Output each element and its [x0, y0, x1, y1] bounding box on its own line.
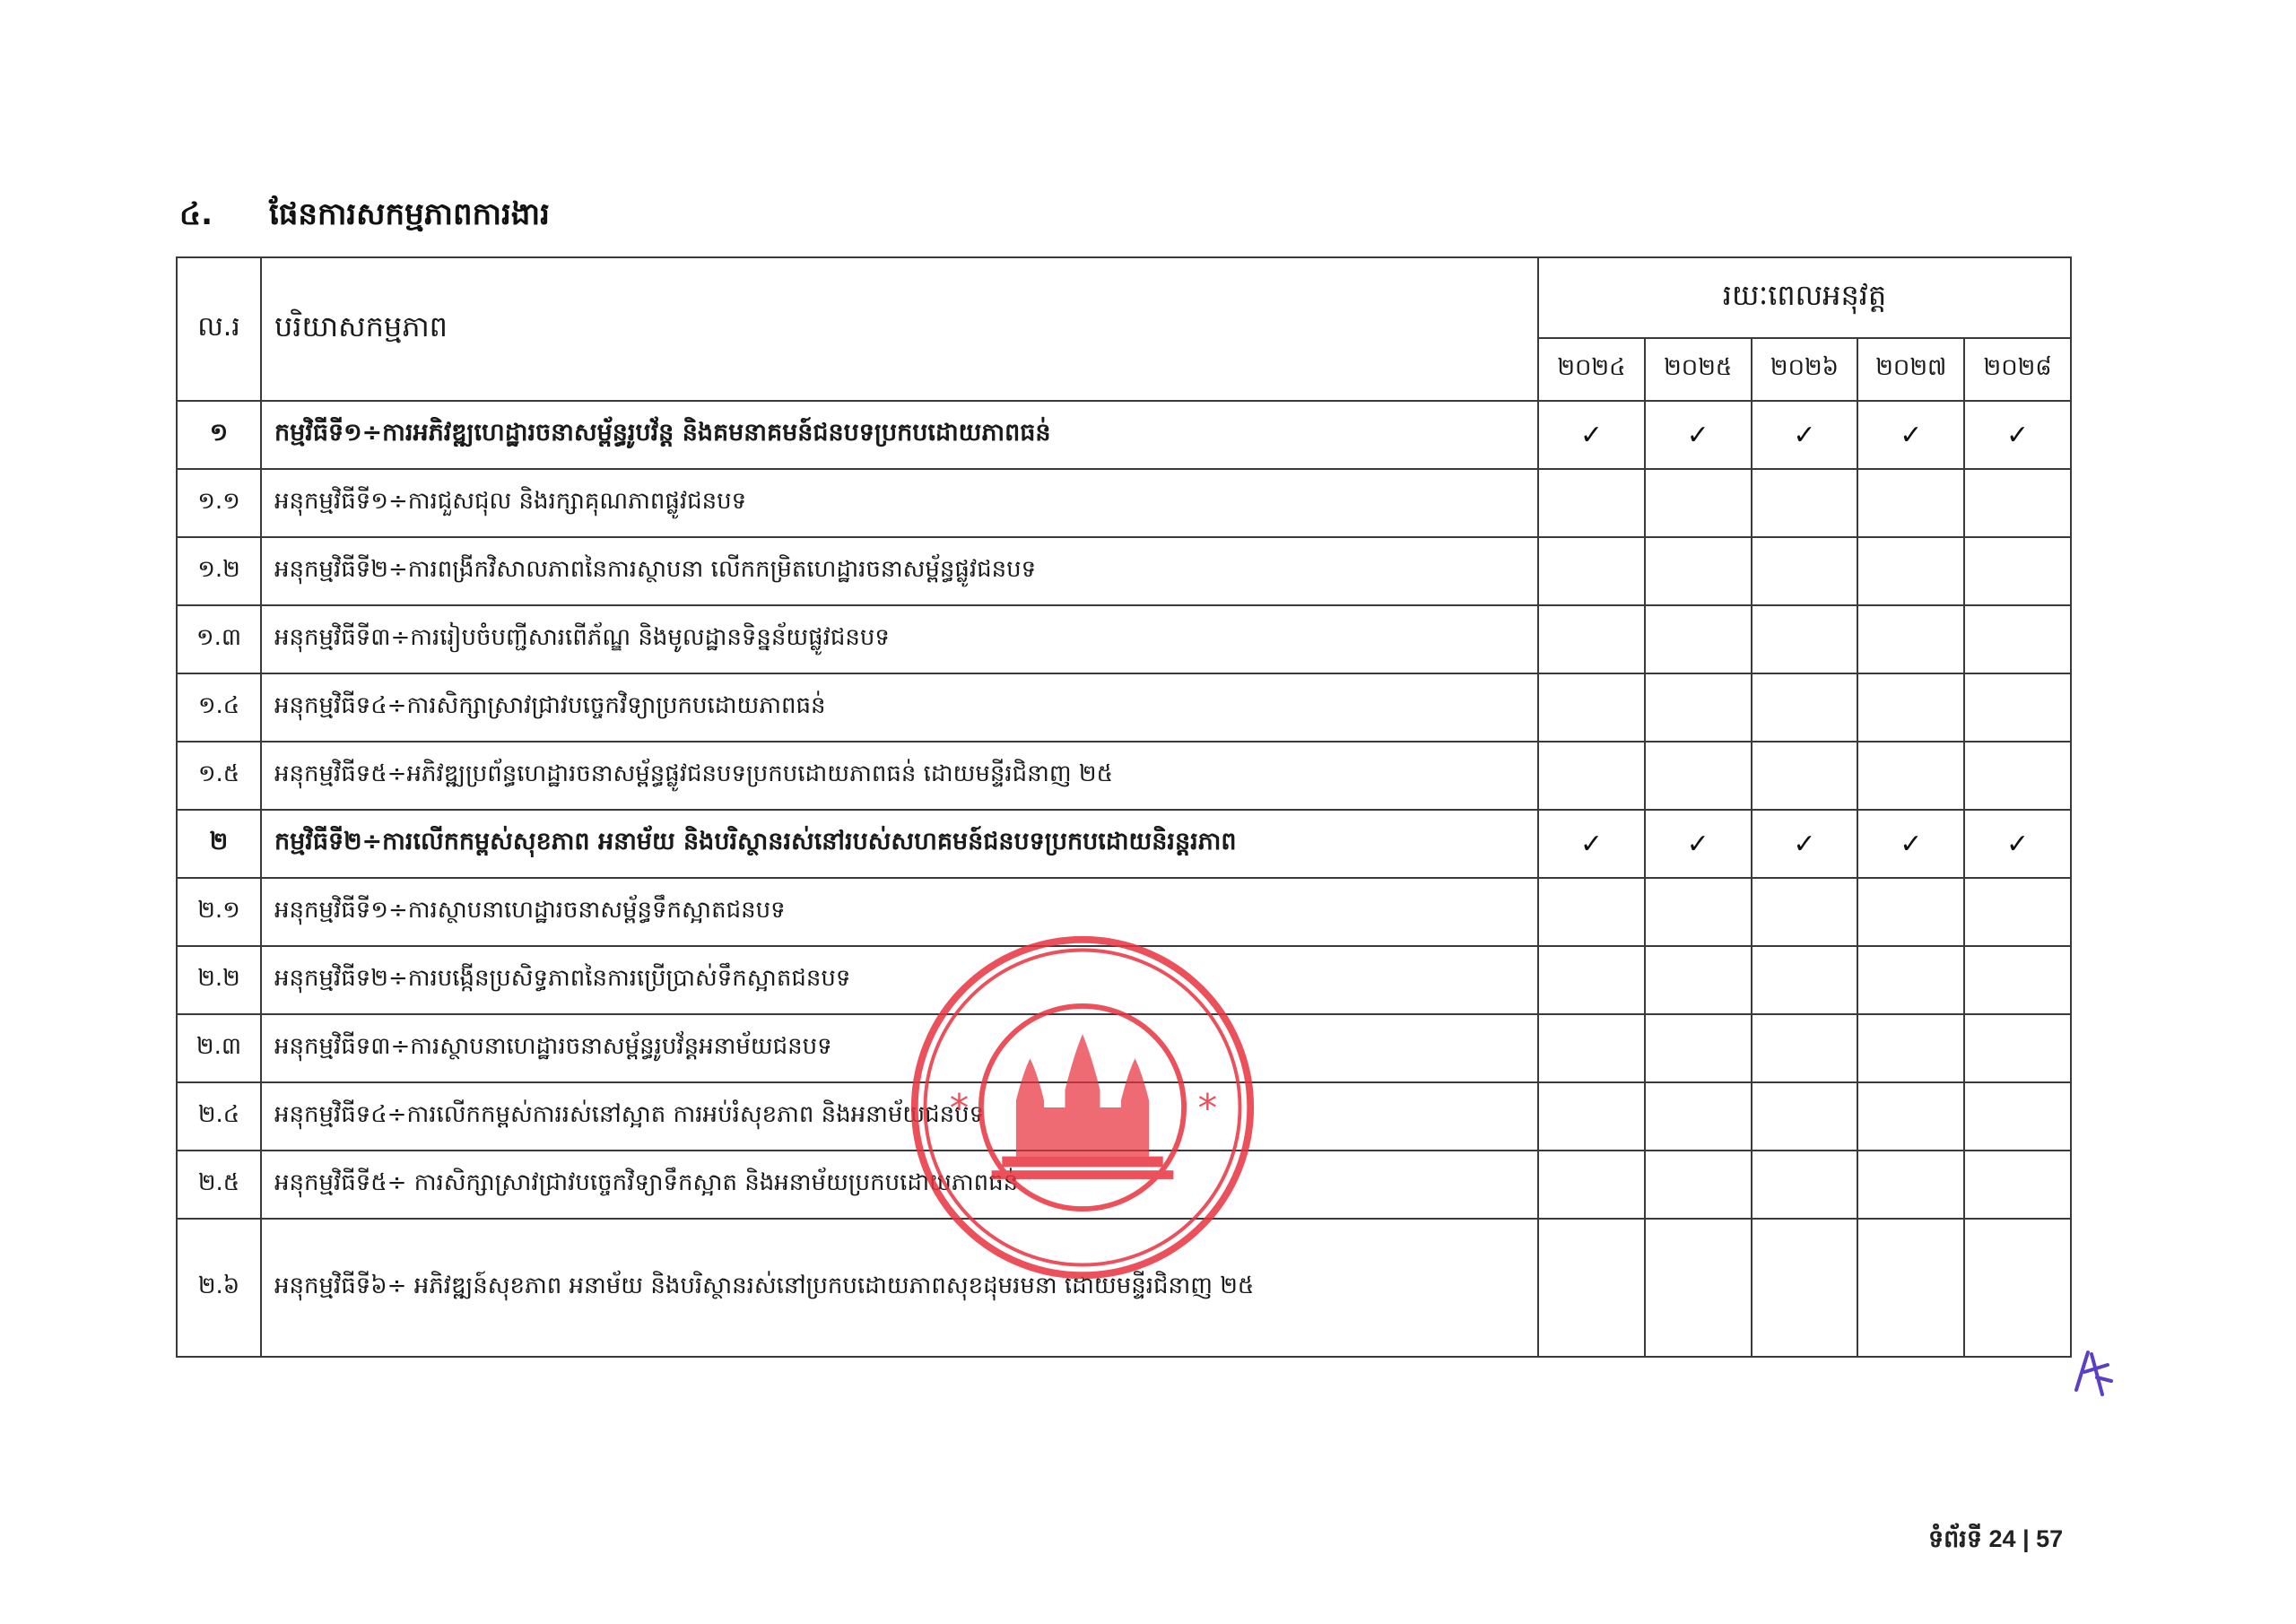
header-year: ២០២៧	[1857, 338, 1964, 401]
year-cell	[1752, 742, 1858, 810]
page-separator: |	[2022, 1525, 2030, 1552]
row-activity: កម្មវិធីទី១÷ការអភិវឌ្ឍហេដ្ឋារចនាសម្ព័ន្ធ…	[261, 401, 1538, 469]
subprogram-row: ១.៤អនុកម្មវិធីទ៤÷ការសិក្សាស្រាវជ្រាវបច្ច…	[177, 673, 2071, 742]
row-activity: អនុកម្មវិធីទី៣÷ការរៀបចំបញ្ជីសារពើភ័ណ្ឌ ន…	[261, 605, 1538, 673]
program-row: ២កម្មវិធីទី២÷ការលើកកម្ពស់សុខភាព អនាម័យ ន…	[177, 810, 2071, 878]
program-row: ១កម្មវិធីទី១÷ការអភិវឌ្ឍហេដ្ឋារចនាសម្ព័ន្…	[177, 401, 2071, 469]
row-activity: អនុកម្មវិធីទ៤÷ការលើកកម្ពស់ការរស់នៅស្អាត …	[261, 1082, 1538, 1151]
year-cell	[1645, 537, 1752, 605]
header-number: ល.រ	[177, 257, 261, 401]
header-year: ២០២៥	[1645, 338, 1752, 401]
year-cell	[1857, 1151, 1964, 1219]
check-icon: ✓	[1964, 810, 2071, 878]
row-number: ២	[177, 810, 261, 878]
year-cell	[1857, 946, 1964, 1014]
check-icon: ✓	[1752, 401, 1858, 469]
year-cell	[1645, 1219, 1752, 1357]
row-activity: អនុកម្មវិធីទី១÷ការស្ថាបនាហេដ្ឋារចនាសម្ព័…	[261, 878, 1538, 946]
year-cell	[1538, 878, 1645, 946]
row-activity: អនុកម្មវិធីទី១÷ការជួសជុល និងរក្សាគុណភាពផ…	[261, 469, 1538, 537]
year-cell	[1645, 946, 1752, 1014]
row-activity: អនុកម្មវិធីទី៥÷ ការសិក្សាស្រាវជ្រាវបច្ចេ…	[261, 1151, 1538, 1219]
header-year: ២០២៨	[1964, 338, 2071, 401]
year-cell	[1752, 1151, 1858, 1219]
year-cell	[1645, 469, 1752, 537]
year-cell	[1857, 878, 1964, 946]
year-cell	[1752, 878, 1858, 946]
subprogram-row: ១.៣អនុកម្មវិធីទី៣÷ការរៀបចំបញ្ជីសារពើភ័ណ្…	[177, 605, 2071, 673]
row-number: ១.៣	[177, 605, 261, 673]
header-year: ២០២៦	[1752, 338, 1858, 401]
year-cell	[1857, 469, 1964, 537]
year-cell	[1645, 1082, 1752, 1151]
page-number: 24	[1989, 1525, 2016, 1552]
subprogram-row: ២.៦អនុកម្មវិធីទី៦÷ អភិវឌ្ឍន៍សុខភាព អនាម័…	[177, 1219, 2071, 1357]
check-icon: ✓	[1645, 810, 1752, 878]
row-number: ១.៥	[177, 742, 261, 810]
year-cell	[1538, 673, 1645, 742]
subprogram-row: ២.២អនុកម្មវិធីទ២÷ការបង្កើនប្រសិទ្ធភាពនៃក…	[177, 946, 2071, 1014]
section-number: ៤.	[179, 195, 269, 239]
row-number: ២.២	[177, 946, 261, 1014]
check-icon: ✓	[1538, 401, 1645, 469]
year-cell	[1538, 1014, 1645, 1082]
subprogram-row: ១.៥អនុកម្មវិធីទ៥÷អភិវឌ្ឍប្រព័ន្ធហេដ្ឋារច…	[177, 742, 2071, 810]
year-cell	[1752, 1082, 1858, 1151]
check-icon: ✓	[1964, 401, 2071, 469]
year-cell	[1964, 605, 2071, 673]
row-activity: អនុកម្មវិធីទ៤÷ការសិក្សាស្រាវជ្រាវបច្ចេកវ…	[261, 673, 1538, 742]
row-number: ២.១	[177, 878, 261, 946]
subprogram-row: ២.១អនុកម្មវិធីទី១÷ការស្ថាបនាហេដ្ឋារចនាសម…	[177, 878, 2071, 946]
check-icon: ✓	[1857, 810, 1964, 878]
year-cell	[1752, 946, 1858, 1014]
year-cell	[1538, 605, 1645, 673]
year-cell	[1964, 1082, 2071, 1151]
year-cell	[1857, 1219, 1964, 1357]
year-cell	[1538, 537, 1645, 605]
year-cell	[1645, 742, 1752, 810]
header-year: ២០២៤	[1538, 338, 1645, 401]
year-cell	[1645, 1151, 1752, 1219]
year-cell	[1964, 469, 2071, 537]
year-cell	[1538, 1151, 1645, 1219]
year-cell	[1538, 469, 1645, 537]
row-number: ១.១	[177, 469, 261, 537]
year-cell	[1752, 1014, 1858, 1082]
subprogram-row: ១.២អនុកម្មវិធីទី២÷ការពង្រីកវិសាលភាពនៃការ…	[177, 537, 2071, 605]
row-number: ១.៤	[177, 673, 261, 742]
year-cell	[1857, 605, 1964, 673]
year-cell	[1857, 673, 1964, 742]
year-cell	[1857, 742, 1964, 810]
year-cell	[1645, 673, 1752, 742]
year-cell	[1964, 878, 2071, 946]
year-cell	[1645, 878, 1752, 946]
year-cell	[1964, 946, 2071, 1014]
year-cell	[1857, 1014, 1964, 1082]
year-cell	[1964, 537, 2071, 605]
total-pages: 57	[2036, 1525, 2063, 1552]
row-number: ២.៤	[177, 1082, 261, 1151]
row-activity: អនុកម្មវិធីទី២÷ការពង្រីកវិសាលភាពនៃការស្ថ…	[261, 537, 1538, 605]
year-cell	[1538, 946, 1645, 1014]
year-cell	[1752, 605, 1858, 673]
row-number: ២.៥	[177, 1151, 261, 1219]
year-cell	[1964, 1219, 2071, 1357]
subprogram-row: ២.៤អនុកម្មវិធីទ៤÷ការលើកកម្ពស់ការរស់នៅស្អ…	[177, 1082, 2071, 1151]
year-cell	[1857, 537, 1964, 605]
header-period: រយៈពេលអនុវត្ត	[1538, 257, 2071, 338]
check-icon: ✓	[1857, 401, 1964, 469]
row-activity: កម្មវិធីទី២÷ការលើកកម្ពស់សុខភាព អនាម័យ និ…	[261, 810, 1538, 878]
year-cell	[1964, 742, 2071, 810]
check-icon: ✓	[1645, 401, 1752, 469]
year-cell	[1752, 1219, 1858, 1357]
year-cell	[1964, 1014, 2071, 1082]
check-icon: ✓	[1752, 810, 1858, 878]
header-activity: បរិយាសកម្មភាព	[261, 257, 1538, 401]
year-cell	[1857, 1082, 1964, 1151]
subprogram-row: ២.៥អនុកម្មវិធីទី៥÷ ការសិក្សាស្រាវជ្រាវបច…	[177, 1151, 2071, 1219]
year-cell	[1645, 605, 1752, 673]
year-cell	[1752, 469, 1858, 537]
year-cell	[1752, 537, 1858, 605]
page-footer: ទំព័រទី 24 | 57	[1928, 1524, 2063, 1559]
year-cell	[1964, 673, 2071, 742]
year-cell	[1538, 742, 1645, 810]
section-title: ផែនការសកម្មភាពការងារ	[269, 195, 550, 239]
row-number: ២.៦	[177, 1219, 261, 1357]
year-cell	[1538, 1082, 1645, 1151]
year-cell	[1964, 1151, 2071, 1219]
row-activity: អនុកម្មវិធីទី៦÷ អភិវឌ្ឍន៍សុខភាព អនាម័យ ន…	[261, 1219, 1538, 1357]
page-label: ទំព័រទី	[1928, 1525, 1982, 1552]
subprogram-row: ១.១អនុកម្មវិធីទី១÷ការជួសជុល និងរក្សាគុណភ…	[177, 469, 2071, 537]
row-number: ២.៣	[177, 1014, 261, 1082]
year-cell	[1752, 673, 1858, 742]
section-heading: ៤. ផែនការសកម្មភាពការងារ	[179, 190, 550, 244]
subprogram-row: ២.៣អនុកម្មវិធីទ៣÷ការស្ថាបនាហេដ្ឋារចនាសម្…	[177, 1014, 2071, 1082]
action-plan-table: ល.រ បរិយាសកម្មភាព រយៈពេលអនុវត្ត ២០២៤២០២៥…	[176, 256, 2072, 1358]
year-cell	[1645, 1014, 1752, 1082]
row-activity: អនុកម្មវិធីទ២÷ការបង្កើនប្រសិទ្ធភាពនៃការប…	[261, 946, 1538, 1014]
initials-signature	[2072, 1345, 2117, 1399]
year-cell	[1538, 1219, 1645, 1357]
row-activity: អនុកម្មវិធីទ៣÷ការស្ថាបនាហេដ្ឋារចនាសម្ព័ន…	[261, 1014, 1538, 1082]
check-icon: ✓	[1538, 810, 1645, 878]
row-number: ១.២	[177, 537, 261, 605]
row-activity: អនុកម្មវិធីទ៥÷អភិវឌ្ឍប្រព័ន្ធហេដ្ឋារចនាស…	[261, 742, 1538, 810]
row-number: ១	[177, 401, 261, 469]
